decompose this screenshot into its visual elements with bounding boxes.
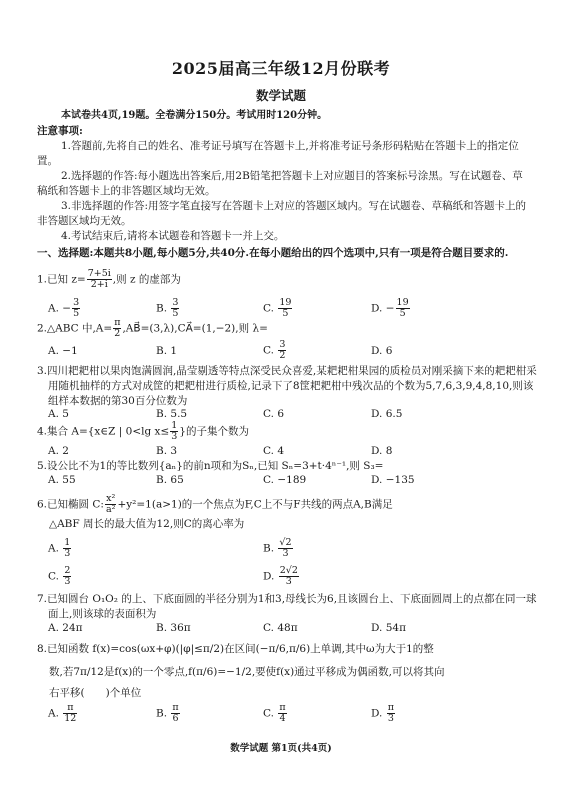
question-text: ,则 z 的虚部为 bbox=[113, 274, 181, 286]
option-b[interactable]: B. 35 bbox=[156, 298, 180, 319]
option-d[interactable]: D. 2√23 bbox=[263, 566, 300, 587]
page-subtitle: 数学试题 bbox=[0, 88, 562, 103]
option-d[interactable]: D. −195 bbox=[371, 298, 411, 319]
question-text: 已知 z= bbox=[47, 274, 86, 286]
options-q7: A. 24π B. 36π C. 48π D. 54π bbox=[48, 621, 528, 639]
question-number: 6. bbox=[37, 499, 47, 511]
question-text: }的子集个数为 bbox=[179, 426, 249, 438]
option-a[interactable]: A. 55 bbox=[48, 473, 76, 488]
option-d[interactable]: D. π3 bbox=[371, 703, 396, 724]
question-text: 四川耙耙柑以果肉饱满圆润,晶莹剔透等特点深受民众喜爱,某耙耙柑果园的质检员对刚采… bbox=[47, 365, 537, 407]
question-text: ,AB⃗=(3,λ),CA⃗=(1,−2),则 λ= bbox=[122, 323, 267, 335]
question-8-line3: 右平移( )个单位 bbox=[37, 686, 544, 701]
option-d[interactable]: D. −135 bbox=[371, 473, 415, 488]
question-text: 已知函数 f(x)=cos(ωx+φ)(|φ|≤π/2)在区间(−π/6,π/6… bbox=[47, 643, 434, 655]
option-c[interactable]: C. 195 bbox=[263, 298, 293, 319]
page-footer: 数学试题 第1页(共4页) bbox=[0, 741, 562, 756]
question-number: 5. bbox=[37, 460, 47, 472]
fraction: x²a² bbox=[105, 494, 116, 515]
question-6: 6.已知椭圆 C:x²a²+y²=1(a>1)的一个焦点为F,C上不与F共线的两… bbox=[37, 494, 532, 515]
notes-heading: 注意事项: bbox=[37, 124, 527, 139]
question-text: 已知圆台 O₁O₂ 的上、下底面圆的半径分别为1和3,母线长为6,且该圆台上、下… bbox=[47, 593, 537, 620]
option-a[interactable]: A. 5 bbox=[48, 407, 69, 422]
option-b[interactable]: B. 1 bbox=[156, 344, 177, 359]
options-q1: A. −35 B. 35 C. 195 D. −195 bbox=[48, 298, 528, 316]
option-d[interactable]: D. 54π bbox=[371, 621, 406, 636]
question-7: 7.已知圆台 O₁O₂ 的上、下底面圆的半径分别为1和3,母线长为6,且该圆台上… bbox=[37, 592, 538, 622]
question-number: 7. bbox=[37, 593, 47, 605]
page-title: 2025届高三年级12月份联考 bbox=[0, 61, 562, 76]
option-a[interactable]: A. π12 bbox=[48, 703, 78, 724]
question-number: 3. bbox=[37, 365, 47, 377]
options-q5: A. 55 B. 65 C. −189 D. −135 bbox=[48, 473, 528, 491]
question-8-line2: 数,若7π/12是f(x)的一个零点,f(π/6)=−1/2,要使f(x)通过平… bbox=[37, 665, 544, 680]
question-number: 4. bbox=[37, 426, 47, 438]
section-heading: 一、选择题:本题共8小题,每小题5分,共40分.在每小题给出的四个选项中,只有一… bbox=[37, 246, 543, 261]
note-item: 3.非选择题的作答:用签字笔直接写在答题卡上对应的答题区域内。写在试题卷、草稿纸… bbox=[37, 199, 527, 229]
option-a[interactable]: A. 13 bbox=[48, 538, 72, 559]
note-item: 2.选择题的作答:每小题选出答案后,用2B铅笔把答题卡上对应题目的答案标号涂黑。… bbox=[37, 169, 527, 199]
question-6-line2: △ABF 周长的最大值为12,则C的离心率为 bbox=[37, 517, 544, 532]
options-q8: A. π12 B. π6 C. π4 D. π3 bbox=[48, 703, 528, 721]
options-q6-row1: A. 13 B. √23 bbox=[48, 538, 528, 556]
question-5: 5.设公比不为1的等比数列{aₙ}的前n项和为Sₙ,已知 Sₙ=3+t·4ⁿ⁻¹… bbox=[37, 459, 532, 474]
option-a[interactable]: A. 24π bbox=[48, 621, 83, 636]
option-a[interactable]: A. −35 bbox=[48, 298, 81, 319]
exam-page: 2025届高三年级12月份联考 数学试题 本试卷共4页,19题。全卷满分150分… bbox=[0, 0, 562, 794]
question-text: 已知椭圆 C: bbox=[47, 499, 104, 511]
option-b[interactable]: B. π6 bbox=[156, 703, 181, 724]
option-a[interactable]: A. 2 bbox=[48, 444, 69, 459]
option-c[interactable]: C. −189 bbox=[263, 473, 306, 488]
option-d[interactable]: D. 8 bbox=[371, 444, 392, 459]
question-8: 8.已知函数 f(x)=cos(ωx+φ)(|φ|≤π/2)在区间(−π/6,π… bbox=[37, 642, 532, 657]
question-text: +y²=1(a>1)的一个焦点为F,C上不与F共线的两点A,B满足 bbox=[117, 499, 392, 511]
fraction: 7+5i2+i bbox=[87, 269, 112, 290]
option-c[interactable]: C. 48π bbox=[263, 621, 298, 636]
option-b[interactable]: B. 3 bbox=[156, 444, 177, 459]
fraction: 13 bbox=[170, 421, 178, 442]
note-item: 1.答题前,先将自己的姓名、准考证号填写在答题卡上,并将准考证号条形码粘贴在答题… bbox=[37, 139, 527, 169]
question-text: 设公比不为1的等比数列{aₙ}的前n项和为Sₙ,已知 Sₙ=3+t·4ⁿ⁻¹,则… bbox=[47, 460, 383, 472]
option-b[interactable]: B. 65 bbox=[156, 473, 184, 488]
option-c[interactable]: C. 6 bbox=[263, 407, 284, 422]
question-text: 集合 A={x∈Z | 0<lg x≤ bbox=[47, 426, 169, 438]
question-1: 1.已知 z=7+5i2+i,则 z 的虚部为 bbox=[37, 269, 532, 290]
option-c[interactable]: C. 32 bbox=[263, 340, 287, 361]
option-b[interactable]: B. 36π bbox=[156, 621, 191, 636]
options-q6-row2: C. 23 D. 2√23 bbox=[48, 566, 528, 584]
option-c[interactable]: C. 23 bbox=[48, 566, 72, 587]
option-d[interactable]: D. 6.5 bbox=[371, 407, 402, 422]
question-2: 2.△ABC 中,A=π2,AB⃗=(3,λ),CA⃗=(1,−2),则 λ= bbox=[37, 318, 532, 339]
question-number: 1. bbox=[37, 274, 47, 286]
fraction: π2 bbox=[113, 318, 121, 339]
question-number: 2. bbox=[37, 323, 47, 335]
note-item: 4.考试结束后,请将本试题卷和答题卡一并上交。 bbox=[37, 229, 527, 244]
option-c[interactable]: C. 4 bbox=[263, 444, 284, 459]
exam-intro: 本试卷共4页,19题。全卷满分150分。考试用时120分钟。 bbox=[37, 108, 527, 123]
question-text: △ABC 中,A= bbox=[47, 323, 112, 335]
option-c[interactable]: C. π4 bbox=[263, 703, 288, 724]
options-q2: A. −1 B. 1 C. 32 D. 6 bbox=[48, 344, 528, 362]
question-4: 4.集合 A={x∈Z | 0<lg x≤13}的子集个数为 bbox=[37, 421, 532, 442]
option-d[interactable]: D. 6 bbox=[371, 344, 392, 359]
question-3: 3.四川耙耙柑以果肉饱满圆润,晶莹剔透等特点深受民众喜爱,某耙耙柑果园的质检员对… bbox=[37, 364, 538, 409]
option-b[interactable]: B. √23 bbox=[263, 538, 294, 559]
option-a[interactable]: A. −1 bbox=[48, 344, 78, 359]
question-number: 8. bbox=[37, 643, 47, 655]
